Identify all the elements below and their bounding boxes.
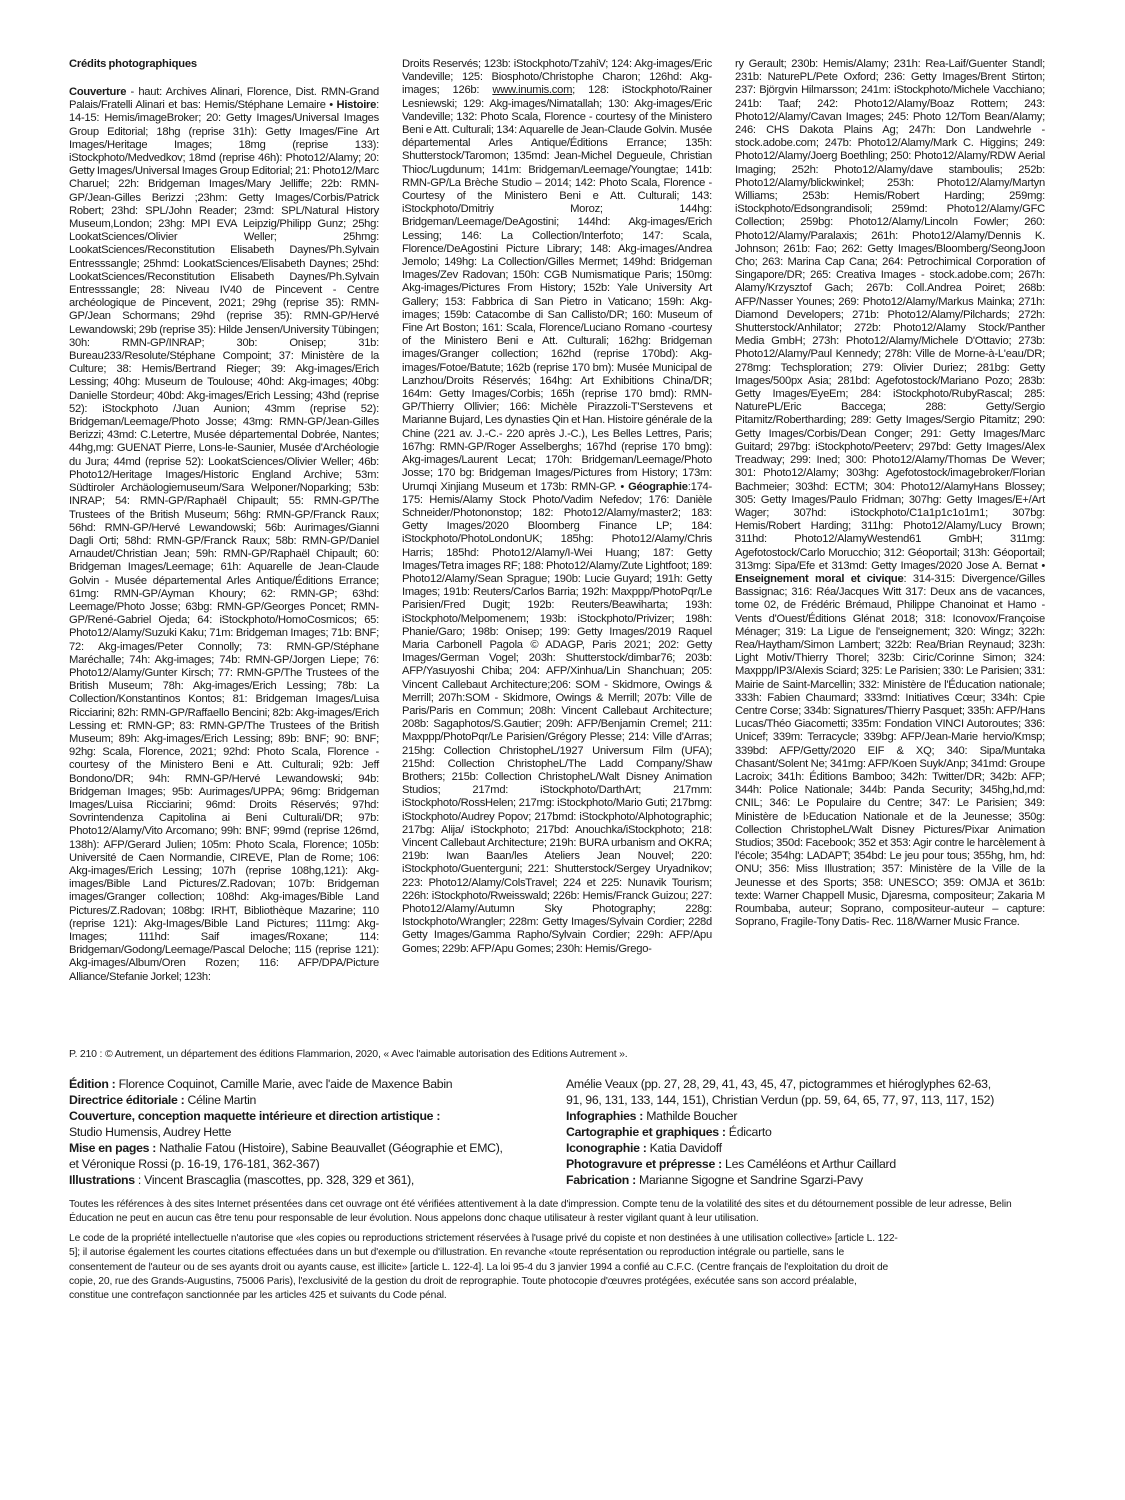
staff-line: Mise en pages : Nathalie Fatou (Histoire… bbox=[69, 1140, 566, 1156]
staff-line: Iconographie : Katia Davidoff bbox=[566, 1140, 1036, 1156]
section-label-histoire: Histoire bbox=[336, 99, 376, 111]
credits-column-1: Crédits photographiques Couverture - hau… bbox=[69, 58, 379, 984]
credits-column-3: ry Gerault; 230b: Hemis/Alamy; 231h: Rea… bbox=[735, 58, 1045, 984]
staff-line: Infographies : Mathilde Boucher bbox=[566, 1108, 1036, 1124]
staff-line: Photogravure et prépresse : Les Caméléon… bbox=[566, 1156, 1036, 1172]
section-label-couverture: Couverture bbox=[69, 86, 126, 98]
staff-line: Illustrations : Vincent Brascaglia (masc… bbox=[69, 1172, 566, 1188]
staff-credits: Édition : Florence Coquinot, Camille Mar… bbox=[69, 1076, 1059, 1188]
inumis-link[interactable]: www.inumis.com bbox=[492, 84, 572, 96]
staff-line: Fabrication : Marianne Sigogne et Sandri… bbox=[566, 1172, 1036, 1188]
credits-text: Couverture - haut: Archives Alinari, Flo… bbox=[69, 86, 379, 984]
copyright-notice: Le code de la propriété intellectuelle n… bbox=[69, 1232, 899, 1304]
legal-notices: Toutes les références à des sites Intern… bbox=[69, 1198, 1049, 1309]
credits-title: Crédits photographiques bbox=[69, 58, 197, 71]
staff-line: Couverture, conception maquette intérieu… bbox=[69, 1108, 566, 1124]
credits-text: ry Gerault; 230b: Hemis/Alamy; 231h: Rea… bbox=[735, 58, 1045, 929]
staff-line: Cartographie et graphiques : Édicarto bbox=[566, 1124, 1036, 1140]
credits-column-2: Droits Reservés; 123b: iStockphoto/Tzahi… bbox=[402, 58, 712, 984]
p210-notice: P. 210 : © Autrement, un département des… bbox=[69, 1048, 628, 1060]
staff-line: Studio Humensis, Audrey Hette bbox=[69, 1124, 566, 1140]
staff-line: et Véronique Rossi (p. 16-19, 176-181, 3… bbox=[69, 1156, 566, 1172]
staff-line: Édition : Florence Coquinot, Camille Mar… bbox=[69, 1076, 566, 1092]
staff-line: 91, 96, 131, 133, 144, 151), Christian V… bbox=[566, 1092, 1036, 1108]
staff-line: Amélie Veaux (pp. 27, 28, 29, 41, 43, 45… bbox=[566, 1076, 1036, 1092]
section-label-geographie: Géographie bbox=[628, 481, 688, 493]
section-label-emc: Enseignement moral et civique bbox=[735, 573, 904, 585]
internet-notice: Toutes les références à des sites Intern… bbox=[69, 1198, 1049, 1227]
credits-columns: Crédits photographiques Couverture - hau… bbox=[69, 58, 1049, 984]
staff-left-column: Édition : Florence Coquinot, Camille Mar… bbox=[69, 1076, 566, 1188]
staff-right-column: Amélie Veaux (pp. 27, 28, 29, 41, 43, 45… bbox=[566, 1076, 1036, 1188]
credits-text: Droits Reservés; 123b: iStockphoto/Tzahi… bbox=[402, 58, 712, 956]
staff-line: Directrice éditoriale : Céline Martin bbox=[69, 1092, 566, 1108]
